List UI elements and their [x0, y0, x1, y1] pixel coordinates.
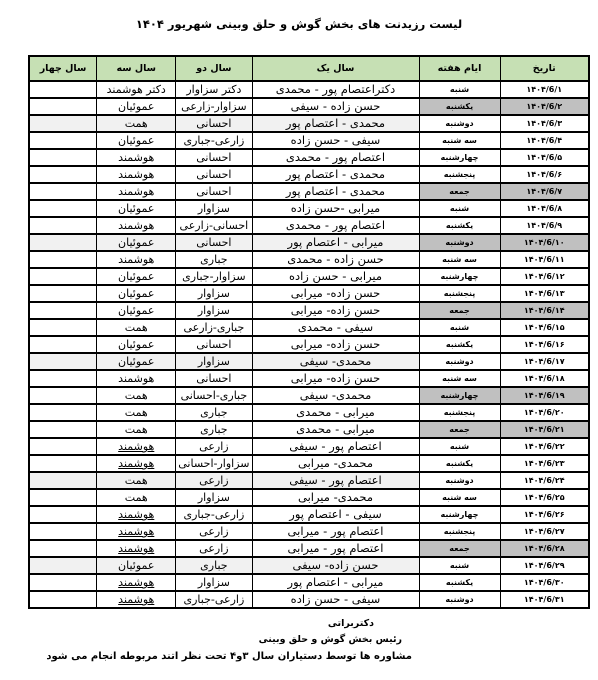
- year3-cell: عموئیان: [97, 336, 176, 353]
- year1-text: محمدی- میرابی: [298, 490, 373, 504]
- weekday-text: چهارشنبه: [441, 272, 479, 281]
- year4-cell: [29, 81, 97, 98]
- year1-text: سیفی - حسن زاده: [291, 592, 381, 606]
- weekday-text: دوشنبه: [445, 119, 473, 128]
- weekday-cell: جمعه: [419, 183, 500, 200]
- table-row: ۱۴۰۴/6/۳دوشنبهمحمدی - اعتصام پوراحسانیهم…: [29, 115, 589, 132]
- year1-cell: محمدی- سیفی: [252, 387, 419, 404]
- year3-cell: هوشمند: [97, 166, 176, 183]
- year3-text: هوشمند: [118, 508, 154, 521]
- weekday-text: دوشنبه: [445, 357, 473, 366]
- date-text: ۱۴۰۴/6/۳: [526, 119, 562, 128]
- weekday-cell: شنبه: [419, 200, 500, 217]
- year3-cell: همت: [97, 472, 176, 489]
- year3-text: عموئیان: [118, 287, 154, 300]
- date-cell: ۱۴۰۴/6/۶: [500, 166, 589, 183]
- table-row: ۱۴۰۴/6/۲۸جمعهاعتصام پور - میرابیزارعیهوش…: [29, 540, 589, 557]
- year1-cell: محمدی - اعتصام پور: [252, 183, 419, 200]
- year2-text: سزاوار-زارعی: [181, 100, 246, 113]
- year3-cell: هوشمند: [97, 591, 176, 608]
- weekday-text: شنبه: [450, 442, 469, 451]
- year3-text: همت: [125, 321, 148, 334]
- year4-cell: [29, 302, 97, 319]
- year1-text: حسن زاده- میرابی: [291, 303, 380, 317]
- year2-cell: زارعی: [176, 540, 252, 557]
- date-text: ۱۴۰۴/6/۱۷: [524, 357, 565, 366]
- year4-cell: [29, 472, 97, 489]
- year3-text: هوشمند: [118, 440, 154, 453]
- year1-cell: حسن زاده - سیفی: [252, 98, 419, 115]
- year1-text: محمدی- میرابی: [298, 456, 373, 470]
- weekday-cell: شنبه: [419, 557, 500, 574]
- weekday-cell: یکشنبه: [419, 217, 500, 234]
- year2-cell: احسانی: [176, 149, 252, 166]
- year3-text: دکتر هوشمند: [107, 83, 166, 96]
- weekday-text: شنبه: [450, 561, 469, 570]
- year3-text: هوشمند: [118, 372, 154, 385]
- year3-text: عموئیان: [118, 304, 154, 317]
- date-text: ۱۴۰۴/6/۱۸: [524, 374, 565, 383]
- year3-text: عموئیان: [118, 338, 154, 351]
- year1-text: اعتصام پور - میرابی: [288, 541, 384, 555]
- year4-cell: [29, 149, 97, 166]
- date-text: ۱۴۰۴/6/۲۶: [524, 510, 565, 519]
- date-cell: ۱۴۰۴/6/۳۰: [500, 574, 589, 591]
- year2-cell: جباری-زارعی: [176, 319, 252, 336]
- year2-text: احسانی: [196, 117, 231, 130]
- date-cell: ۱۴۰۴/6/۲۷: [500, 523, 589, 540]
- year1-cell: سیفی - اعتصام پور: [252, 506, 419, 523]
- date-cell: ۱۴۰۴/6/۲۹: [500, 557, 589, 574]
- year4-cell: [29, 370, 97, 387]
- date-cell: ۱۴۰۴/6/۲۶: [500, 506, 589, 523]
- year3-text: هوشمند: [118, 253, 154, 266]
- year2-text: سزاوار: [198, 304, 230, 317]
- table-row: ۱۴۰۴/6/۲۶چهارشنبهسیفی - اعتصام پورزارعی-…: [29, 506, 589, 523]
- date-cell: ۱۴۰۴/6/۱۸: [500, 370, 589, 387]
- year1-text: میرابی - محمدی: [296, 405, 375, 419]
- year1-cell: میرابی - محمدی: [252, 421, 419, 438]
- year4-cell: [29, 574, 97, 591]
- year3-text: عموئیان: [118, 100, 154, 113]
- year2-cell: سزاوار-جباری: [176, 268, 252, 285]
- year2-text: احسانی: [196, 185, 231, 198]
- year1-text: اعتصام پور - سیفی: [289, 473, 381, 487]
- year2-text: احسانی: [196, 168, 231, 181]
- date-cell: ۱۴۰۴/6/۲۲: [500, 438, 589, 455]
- weekday-cell: جمعه: [419, 302, 500, 319]
- table-row: ۱۴۰۴/6/۷جمعهمحمدی - اعتصام پوراحسانیهوشم…: [29, 183, 589, 200]
- weekday-text: جمعه: [449, 544, 470, 553]
- year2-text: سزاوار: [198, 491, 230, 504]
- year2-cell: جباری-احسانی: [176, 387, 252, 404]
- year3-text: عموئیان: [118, 559, 154, 572]
- year3-cell: عموئیان: [97, 268, 176, 285]
- weekday-cell: یکشنبه: [419, 336, 500, 353]
- year2-text: جباری-احسانی: [181, 389, 248, 402]
- year1-cell: میرابی - اعتصام پور: [252, 574, 419, 591]
- weekday-cell: چهارشنبه: [419, 149, 500, 166]
- weekday-cell: شنبه: [419, 438, 500, 455]
- table-row: ۱۴۰۴/6/۱۹چهارشنبهمحمدی- سیفیجباری-احسانی…: [29, 387, 589, 404]
- weekday-cell: شنبه: [419, 319, 500, 336]
- table-row: ۱۴۰۴/6/۱۸سه شنبهحسن زاده- میرابیاحسانیهو…: [29, 370, 589, 387]
- footer-signature-title: رئیس بخش گوش و حلق وبینی: [0, 632, 412, 648]
- year3-text: عموئیان: [118, 202, 154, 215]
- year2-cell: احسانی: [176, 115, 252, 132]
- year2-text: زارعی: [199, 440, 228, 453]
- year3-cell: هوشمند: [97, 251, 176, 268]
- year2-text: جباری: [200, 253, 227, 266]
- year4-cell: [29, 234, 97, 251]
- year2-cell: سزاوار: [176, 353, 252, 370]
- weekday-text: شنبه: [450, 85, 469, 94]
- year3-cell: هوشمند: [97, 574, 176, 591]
- year4-cell: [29, 217, 97, 234]
- year1-text: حسن زاده- میرابی: [291, 286, 380, 300]
- header-cell-year3: سال سه: [97, 56, 176, 81]
- year1-cell: اعتصام پور - سیفی: [252, 472, 419, 489]
- year1-text: محمدی- سیفی: [300, 354, 372, 368]
- year1-text: میرابی - اعتصام پور: [288, 235, 384, 249]
- date-text: ۱۴۰۴/6/۱۳: [524, 289, 565, 298]
- year3-text: هوشمند: [118, 593, 154, 606]
- table-row: ۱۴۰۴/6/۲۲شنبهاعتصام پور - سیفیزارعیهوشمن…: [29, 438, 589, 455]
- table-row: ۱۴۰۴/6/۲۴دوشنبهاعتصام پور - سیفیزارعیهمت: [29, 472, 589, 489]
- date-text: ۱۴۰۴/6/۲۰: [524, 408, 565, 417]
- year1-text: حسن زاده- میرابی: [291, 337, 380, 351]
- date-cell: ۱۴۰۴/6/۳۱: [500, 591, 589, 608]
- year2-cell: زارعی: [176, 472, 252, 489]
- date-text: ۱۴۰۴/6/۱۰: [524, 238, 565, 247]
- year3-cell: عموئیان: [97, 132, 176, 149]
- year3-cell: هوشمند: [97, 438, 176, 455]
- year1-cell: حسن زاده- میرابی: [252, 285, 419, 302]
- weekday-text: شنبه: [450, 323, 469, 332]
- year1-cell: اعتصام پور - محمدی: [252, 149, 419, 166]
- year2-text: احسانی: [196, 151, 231, 164]
- weekday-text: یکشنبه: [446, 459, 473, 468]
- year2-cell: سزاوار-احسانی: [176, 455, 252, 472]
- date-text: ۱۴۰۴/6/۲۳: [524, 459, 565, 468]
- weekday-cell: دوشنبه: [419, 234, 500, 251]
- weekday-text: سه شنبه: [442, 493, 477, 502]
- date-cell: ۱۴۰۴/6/۱۰: [500, 234, 589, 251]
- date-cell: ۱۴۰۴/6/۱۹: [500, 387, 589, 404]
- date-text: ۱۴۰۴/6/۱۶: [524, 340, 565, 349]
- weekday-cell: چهارشنبه: [419, 387, 500, 404]
- year2-text: زارعی-جباری: [183, 593, 244, 606]
- year1-cell: محمدی - اعتصام پور: [252, 166, 419, 183]
- year1-cell: محمدی - اعتصام پور: [252, 115, 419, 132]
- table-row: ۱۴۰۴/6/۲۹شنبهحسن زاده- سیفیجباریعموئیان: [29, 557, 589, 574]
- year3-cell: عموئیان: [97, 234, 176, 251]
- year4-cell: [29, 557, 97, 574]
- year1-cell: حسن زاده- میرابی: [252, 370, 419, 387]
- year1-text: دکتراعتصام پور - محمدی: [276, 82, 396, 96]
- date-cell: ۱۴۰۴/6/۱۱: [500, 251, 589, 268]
- date-cell: ۱۴۰۴/6/۱۷: [500, 353, 589, 370]
- footer: دکتربراتی رئیس بخش گوش و حلق وبینی مشاور…: [0, 616, 412, 665]
- year2-cell: سزاوار: [176, 489, 252, 506]
- year2-cell: زارعی: [176, 523, 252, 540]
- weekday-text: چهارشنبه: [441, 153, 479, 162]
- weekday-text: یکشنبه: [446, 340, 473, 349]
- year1-cell: سیفی - حسن زاده: [252, 591, 419, 608]
- table-row: ۱۴۰۴/6/۱۱سه شنبهحسن زاده - محمدیجباریهوش…: [29, 251, 589, 268]
- year3-cell: هوشمند: [97, 183, 176, 200]
- residents-table: تاریخایام هفتهسال یکسال دوسال سهسال چهار…: [28, 55, 590, 609]
- year3-text: همت: [125, 474, 148, 487]
- date-text: ۱۴۰۴/6/۲: [526, 102, 562, 111]
- table-header-row: تاریخایام هفتهسال یکسال دوسال سهسال چهار: [29, 56, 589, 81]
- table-row: ۱۴۰۴/6/۴سه شنبهسیفی - حسن زادهزارعی-جبار…: [29, 132, 589, 149]
- date-text: ۱۴۰۴/6/۹: [526, 221, 562, 230]
- year2-cell: زارعی-جباری: [176, 506, 252, 523]
- weekday-cell: دوشنبه: [419, 472, 500, 489]
- year4-cell: [29, 421, 97, 438]
- table-row: ۱۴۰۴/6/۳۰یکشنبهمیرابی - اعتصام پورسزاوار…: [29, 574, 589, 591]
- year3-text: عموئیان: [118, 355, 154, 368]
- year2-cell: جباری: [176, 404, 252, 421]
- page: لیست رزیدنت های بخش گوش و حلق وبینی شهری…: [0, 0, 598, 680]
- year4-cell: [29, 200, 97, 217]
- header-cell-year1: سال یک: [252, 56, 419, 81]
- date-cell: ۱۴۰۴/6/۵: [500, 149, 589, 166]
- year1-text: حسن زاده- سیفی: [293, 558, 379, 572]
- weekday-cell: یکشنبه: [419, 574, 500, 591]
- year2-text: جباری-زارعی: [183, 321, 244, 334]
- year1-text: اعتصام پور - سیفی: [289, 439, 381, 453]
- year4-cell: [29, 591, 97, 608]
- year2-text: زارعی: [199, 525, 228, 538]
- year3-cell: همت: [97, 421, 176, 438]
- year1-text: میرابی - اعتصام پور: [288, 575, 384, 589]
- weekday-cell: یکشنبه: [419, 98, 500, 115]
- table-row: ۱۴۰۴/6/۱۰دوشنبهمیرابی - اعتصام پوراحسانی…: [29, 234, 589, 251]
- year1-text: محمدی - اعتصام پور: [286, 116, 385, 130]
- date-text: ۱۴۰۴/6/۲۴: [524, 476, 565, 485]
- year1-cell: محمدی- میرابی: [252, 455, 419, 472]
- year2-cell: احسانی: [176, 166, 252, 183]
- year2-text: زارعی: [199, 474, 228, 487]
- year1-text: میرابی -حسن زاده: [291, 201, 380, 215]
- table-row: ۱۴۰۴/6/۱۷دوشنبهمحمدی- سیفیسزاوارعموئیان: [29, 353, 589, 370]
- date-cell: ۱۴۰۴/6/۸: [500, 200, 589, 217]
- weekday-text: چهارشنبه: [441, 391, 479, 400]
- page-title: لیست رزیدنت های بخش گوش و حلق وبینی شهری…: [0, 17, 598, 31]
- year4-cell: [29, 251, 97, 268]
- weekday-cell: سه شنبه: [419, 370, 500, 387]
- table-row: ۱۴۰۴/6/۲۵سه شنبهمحمدی- میرابیسزاوارهمت: [29, 489, 589, 506]
- year4-cell: [29, 285, 97, 302]
- year4-cell: [29, 489, 97, 506]
- year1-text: حسن زاده - محمدی: [287, 252, 383, 266]
- date-text: ۱۴۰۴/6/۲۲: [524, 442, 565, 451]
- year1-cell: اعتصام پور - میرابی: [252, 523, 419, 540]
- year3-cell: عموئیان: [97, 353, 176, 370]
- year1-cell: دکتراعتصام پور - محمدی: [252, 81, 419, 98]
- year2-cell: زارعی-جباری: [176, 132, 252, 149]
- year2-cell: احسانی-زارعی: [176, 217, 252, 234]
- year3-text: هوشمند: [118, 151, 154, 164]
- year2-text: احسانی-زارعی: [180, 219, 249, 232]
- date-cell: ۱۴۰۴/6/۲۰: [500, 404, 589, 421]
- year4-cell: [29, 438, 97, 455]
- date-cell: ۱۴۰۴/6/۱۳: [500, 285, 589, 302]
- year3-cell: هوشمند: [97, 506, 176, 523]
- weekday-cell: سه شنبه: [419, 251, 500, 268]
- year4-cell: [29, 404, 97, 421]
- year2-cell: سزاوار: [176, 200, 252, 217]
- table-row: ۱۴۰۴/6/۳۱دوشنبهسیفی - حسن زادهزارعی-جبار…: [29, 591, 589, 608]
- weekday-cell: شنبه: [419, 81, 500, 98]
- year3-cell: عموئیان: [97, 200, 176, 217]
- year3-text: هوشمند: [118, 168, 154, 181]
- date-text: ۱۴۰۴/6/۲۷: [524, 527, 565, 536]
- year3-cell: هوشمند: [97, 217, 176, 234]
- year2-cell: احسانی: [176, 183, 252, 200]
- year3-text: هوشمند: [118, 457, 154, 470]
- date-cell: ۱۴۰۴/6/۱۵: [500, 319, 589, 336]
- date-cell: ۱۴۰۴/6/۹: [500, 217, 589, 234]
- table-row: ۱۴۰۴/6/۱۲چهارشنبهمیرابی - حسن زادهسزاوار…: [29, 268, 589, 285]
- year2-cell: احسانی: [176, 370, 252, 387]
- weekday-text: دوشنبه: [445, 476, 473, 485]
- year2-text: جباری: [200, 559, 227, 572]
- year1-cell: سیفی - محمدی: [252, 319, 419, 336]
- footer-note: مشاوره ها توسط دستیاران سال ۳و۴ تحت نظر …: [0, 648, 412, 665]
- weekday-text: یکشنبه: [446, 221, 473, 230]
- year2-cell: سزاوار-زارعی: [176, 98, 252, 115]
- year3-text: هوشمند: [118, 219, 154, 232]
- date-text: ۱۴۰۴/6/۳۱: [524, 595, 565, 604]
- year2-cell: زارعی-جباری: [176, 591, 252, 608]
- table-row: ۱۴۰۴/6/۵چهارشنبهاعتصام پور - محمدیاحسانی…: [29, 149, 589, 166]
- year3-cell: هوشمند: [97, 370, 176, 387]
- year3-text: همت: [125, 491, 148, 504]
- date-text: ۱۴۰۴/6/۲۵: [524, 493, 565, 502]
- year2-text: سزاوار-جباری: [182, 270, 245, 283]
- year2-text: سزاوار: [198, 287, 230, 300]
- year1-cell: سیفی - حسن زاده: [252, 132, 419, 149]
- year1-text: میرابی - حسن زاده: [289, 269, 382, 283]
- year3-text: عموئیان: [118, 270, 154, 283]
- year2-cell: سزاوار: [176, 302, 252, 319]
- weekday-text: یکشنبه: [446, 102, 473, 111]
- year4-cell: [29, 132, 97, 149]
- weekday-text: پنجشنبه: [444, 170, 476, 179]
- date-cell: ۱۴۰۴/6/۴: [500, 132, 589, 149]
- year1-cell: حسن زاده- میرابی: [252, 336, 419, 353]
- year3-cell: عموئیان: [97, 302, 176, 319]
- table-row: ۱۴۰۴/6/۹یکشنبهاعتصام پور - محمدیاحسانی-ز…: [29, 217, 589, 234]
- table-row: ۱۴۰۴/6/۱۶یکشنبهحسن زاده- میرابیاحسانیعمو…: [29, 336, 589, 353]
- year1-text: محمدی - اعتصام پور: [286, 184, 385, 198]
- year3-cell: دکتر هوشمند: [97, 81, 176, 98]
- weekday-cell: چهارشنبه: [419, 268, 500, 285]
- year3-cell: عموئیان: [97, 98, 176, 115]
- year2-text: سزاوار: [198, 355, 230, 368]
- footer-signature-name: دکتربراتی: [0, 616, 412, 632]
- year1-cell: میرابی -حسن زاده: [252, 200, 419, 217]
- date-cell: ۱۴۰۴/6/۲۱: [500, 421, 589, 438]
- weekday-text: جمعه: [449, 187, 470, 196]
- year2-cell: جباری: [176, 251, 252, 268]
- year2-cell: زارعی: [176, 438, 252, 455]
- date-text: ۱۴۰۴/6/۵: [526, 153, 562, 162]
- weekday-cell: پنجشنبه: [419, 404, 500, 421]
- year4-cell: [29, 166, 97, 183]
- year3-cell: عموئیان: [97, 285, 176, 302]
- date-cell: ۱۴۰۴/6/۱: [500, 81, 589, 98]
- year4-cell: [29, 506, 97, 523]
- year1-text: حسن زاده - سیفی: [291, 99, 381, 113]
- year2-cell: احسانی: [176, 234, 252, 251]
- year3-text: همت: [125, 389, 148, 402]
- year1-text: اعتصام پور - محمدی: [286, 150, 385, 164]
- year1-text: سیفی - حسن زاده: [291, 133, 381, 147]
- weekday-text: پنجشنبه: [444, 527, 476, 536]
- year1-cell: حسن زاده - محمدی: [252, 251, 419, 268]
- year2-text: سزاوار: [198, 576, 230, 589]
- header-cell-year4: سال چهار: [29, 56, 97, 81]
- year3-cell: عموئیان: [97, 557, 176, 574]
- table-row: ۱۴۰۴/6/۲۱جمعهمیرابی - محمدیجباریهمت: [29, 421, 589, 438]
- year2-text: سزاوار-احسانی: [178, 457, 249, 470]
- year3-text: هوشمند: [118, 525, 154, 538]
- year3-cell: هوشمند: [97, 523, 176, 540]
- date-text: ۱۴۰۴/6/۷: [526, 187, 562, 196]
- year3-cell: هوشمند: [97, 455, 176, 472]
- date-cell: ۱۴۰۴/6/۷: [500, 183, 589, 200]
- table-row: ۱۴۰۴/6/۱۴جمعهحسن زاده- میرابیسزاوارعموئی…: [29, 302, 589, 319]
- table-row: ۱۴۰۴/6/۲یکشنبهحسن زاده - سیفیسزاوار-زارع…: [29, 98, 589, 115]
- year3-cell: همت: [97, 319, 176, 336]
- year2-cell: دکتر سزاوار: [176, 81, 252, 98]
- weekday-cell: دوشنبه: [419, 353, 500, 370]
- year2-cell: جباری: [176, 557, 252, 574]
- date-text: ۱۴۰۴/6/۲۱: [524, 425, 565, 434]
- year2-text: جباری: [200, 406, 227, 419]
- year3-cell: هوشمند: [97, 149, 176, 166]
- weekday-cell: پنجشنبه: [419, 166, 500, 183]
- date-text: ۱۴۰۴/6/۲۹: [524, 561, 565, 570]
- year3-cell: همت: [97, 115, 176, 132]
- date-cell: ۱۴۰۴/6/۲۸: [500, 540, 589, 557]
- year3-text: هوشمند: [118, 542, 154, 555]
- date-text: ۱۴۰۴/6/۱۱: [524, 255, 565, 264]
- year1-cell: میرابی - محمدی: [252, 404, 419, 421]
- date-cell: ۱۴۰۴/6/۲: [500, 98, 589, 115]
- year3-cell: همت: [97, 387, 176, 404]
- weekday-cell: پنجشنبه: [419, 285, 500, 302]
- year2-text: احسانی: [196, 236, 231, 249]
- weekday-cell: دوشنبه: [419, 591, 500, 608]
- year2-cell: جباری: [176, 421, 252, 438]
- header-cell-date: تاریخ: [500, 56, 589, 81]
- date-text: ۱۴۰۴/6/۸: [526, 204, 562, 213]
- weekday-text: سه شنبه: [442, 374, 477, 383]
- weekday-cell: دوشنبه: [419, 115, 500, 132]
- table-row: ۱۴۰۴/6/۱شنبهدکتراعتصام پور - محمدیدکتر س…: [29, 81, 589, 98]
- year2-text: جباری: [200, 423, 227, 436]
- date-text: ۱۴۰۴/6/۴: [526, 136, 562, 145]
- weekday-cell: جمعه: [419, 540, 500, 557]
- year1-cell: اعتصام پور - میرابی: [252, 540, 419, 557]
- date-text: ۱۴۰۴/6/۱۲: [524, 272, 565, 281]
- year4-cell: [29, 183, 97, 200]
